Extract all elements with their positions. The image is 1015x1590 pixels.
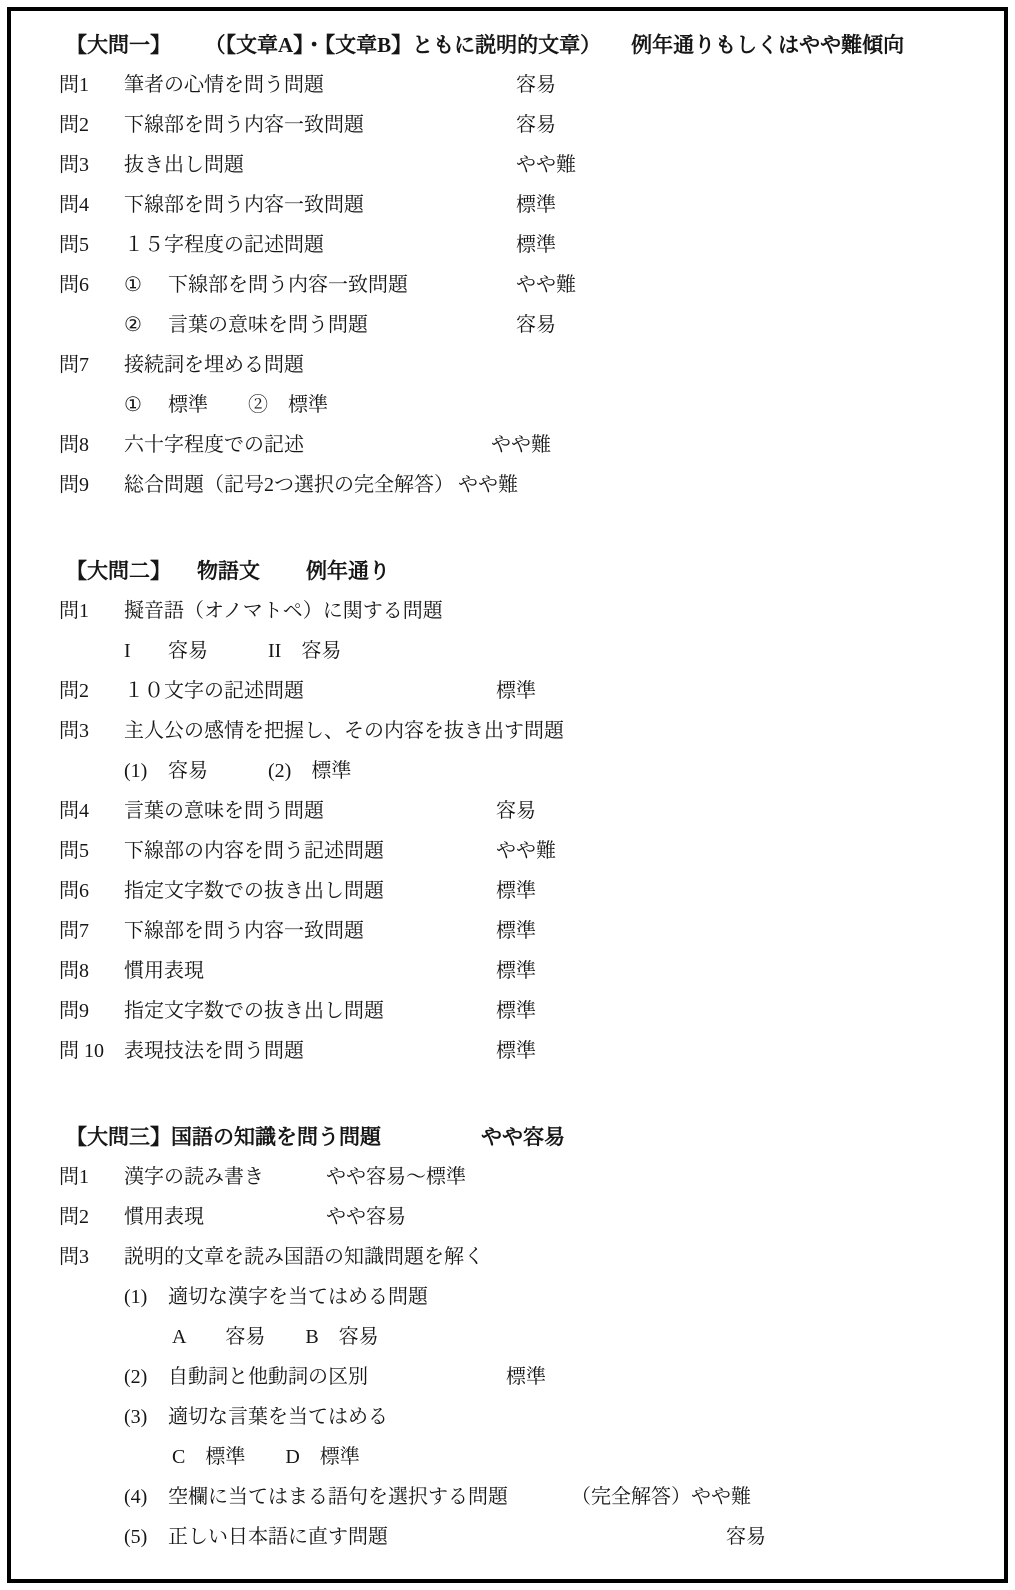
difficulty-rating: やや容易～標準: [326, 1157, 466, 1197]
question-description: 正しい日本語に直す問題: [168, 1517, 726, 1557]
question-row: (4)空欄に当てはまる語句を選択する問題（完全解答）やや難: [11, 1477, 1004, 1517]
question-description: 筆者の心情を問う問題: [124, 65, 516, 105]
question-description: 六十字程度での記述: [124, 425, 491, 465]
difficulty-rating: やや難: [516, 265, 576, 305]
question-description: 主人公の感情を把握し、その内容を抜き出す問題: [124, 711, 564, 751]
question-row: 問7下線部を問う内容一致問題標準: [11, 911, 1004, 951]
question-description: 自動詞と他動詞の区別: [168, 1357, 506, 1397]
question-subnumber: ①: [124, 265, 168, 305]
question-row: ②言葉の意味を問う問題容易: [11, 305, 1004, 345]
question-subnumber: (1): [124, 751, 168, 791]
question-description: 抜き出し問題: [124, 145, 516, 185]
question-description: 下線部を問う内容一致問題: [124, 105, 516, 145]
question-description: 標準 ② 標準: [168, 385, 328, 425]
difficulty-rating: 容易: [726, 1517, 766, 1557]
question-row: 問1漢字の読み書きやや容易～標準: [11, 1157, 1004, 1197]
question-number: 問4: [59, 791, 124, 831]
section-header: 【大問一】（【文章A】・【文章B】ともに説明的文章）例年通りもしくはやや難傾向: [11, 25, 1004, 65]
question-row: (1)適切な漢字を当てはめる問題: [11, 1277, 1004, 1317]
difficulty-rating: やや難: [516, 145, 576, 185]
question-row: 問1筆者の心情を問う問題容易: [11, 65, 1004, 105]
question-number: 問2: [59, 671, 124, 711]
question-number: 問3: [59, 1237, 124, 1277]
question-subnumber: (2): [124, 1357, 168, 1397]
question-description: 慣用表現: [124, 1197, 326, 1237]
document-page: 【大問一】（【文章A】・【文章B】ともに説明的文章）例年通りもしくはやや難傾向問…: [7, 7, 1008, 1583]
question-description: 漢字の読み書き: [124, 1157, 326, 1197]
question-row: 問5１５字程度の記述問題標準: [11, 225, 1004, 265]
section-sec3: 【大問三】国語の知識を問う問題やや容易問1漢字の読み書きやや容易～標準問2慣用表…: [11, 1117, 1004, 1557]
question-row: 問6指定文字数での抜き出し問題標準: [11, 871, 1004, 911]
question-description: 適切な言葉を当てはめる: [168, 1397, 388, 1437]
section-note: 物語文: [197, 559, 260, 583]
question-row: (3)適切な言葉を当てはめる: [11, 1397, 1004, 1437]
question-description: 下線部を問う内容一致問題: [124, 185, 516, 225]
question-subnumber: (1): [124, 1277, 168, 1317]
question-description: 慣用表現: [124, 951, 496, 991]
question-row: 問3抜き出し問題やや難: [11, 145, 1004, 185]
question-row: 問4言葉の意味を問う問題容易: [11, 791, 1004, 831]
question-number: 問6: [59, 265, 124, 305]
question-description: 言葉の意味を問う問題: [124, 791, 496, 831]
question-row: 問8慣用表現標準: [11, 951, 1004, 991]
question-description: 指定文字数での抜き出し問題: [124, 991, 496, 1031]
difficulty-rating: 標準: [496, 1031, 536, 1071]
question-number: 問4: [59, 185, 124, 225]
question-number: 問2: [59, 105, 124, 145]
difficulty-rating: 容易: [496, 791, 536, 831]
question-number: 問3: [59, 145, 124, 185]
question-row: A 容易 B 容易: [11, 1317, 1004, 1357]
question-row: 問5下線部の内容を問う記述問題やや難: [11, 831, 1004, 871]
question-row: 問8六十字程度での記述やや難: [11, 425, 1004, 465]
question-subnumber: I: [124, 631, 168, 671]
question-row: 問1擬音語（オノマトペ）に関する問題: [11, 591, 1004, 631]
difficulty-rating: 容易: [516, 305, 556, 345]
question-description: C 標準 D 標準: [172, 1437, 360, 1477]
difficulty-rating: 容易: [516, 105, 556, 145]
section-title: 【大問二】: [66, 559, 171, 583]
question-row: 問3説明的文章を読み国語の知識問題を解く: [11, 1237, 1004, 1277]
difficulty-rating: やや難: [491, 425, 551, 465]
question-number: 問5: [59, 831, 124, 871]
question-row: 問6①下線部を問う内容一致問題やや難: [11, 265, 1004, 305]
question-row: 問2下線部を問う内容一致問題容易: [11, 105, 1004, 145]
question-number: 問8: [59, 425, 124, 465]
difficulty-rating: 容易: [516, 65, 556, 105]
question-subnumber: ②: [124, 305, 168, 345]
question-description: 空欄に当てはまる語句を選択する問題: [168, 1477, 571, 1517]
question-row: 問9総合問題（記号2つ選択の完全解答）やや難: [11, 465, 1004, 505]
difficulty-rating: やや難: [496, 831, 556, 871]
question-number: 問3: [59, 711, 124, 751]
question-number: 問8: [59, 951, 124, 991]
section-header: 【大問三】国語の知識を問う問題やや容易: [11, 1117, 1004, 1157]
difficulty-rating: 標準: [506, 1357, 546, 1397]
question-description: 適切な漢字を当てはめる問題: [168, 1277, 428, 1317]
section-header: 【大問二】物語文例年通り: [11, 551, 1004, 591]
section-trend-rating: やや容易: [481, 1125, 565, 1149]
question-number: 問6: [59, 871, 124, 911]
question-number: 問7: [59, 911, 124, 951]
question-description: 下線部の内容を問う記述問題: [124, 831, 496, 871]
question-description: 総合問題（記号2つ選択の完全解答）: [124, 465, 454, 505]
question-row: 問4下線部を問う内容一致問題標準: [11, 185, 1004, 225]
question-number: 問5: [59, 225, 124, 265]
question-row: 問9指定文字数での抜き出し問題標準: [11, 991, 1004, 1031]
question-description: 言葉の意味を問う問題: [168, 305, 516, 345]
question-row: 問3主人公の感情を把握し、その内容を抜き出す問題: [11, 711, 1004, 751]
question-description: 下線部を問う内容一致問題: [168, 265, 516, 305]
question-description: 説明的文章を読み国語の知識問題を解く: [124, 1237, 484, 1277]
question-number: 問1: [59, 1157, 124, 1197]
difficulty-rating: 標準: [496, 671, 536, 711]
question-number: 問9: [59, 991, 124, 1031]
section-title: 【大問三】国語の知識を問う問題: [66, 1125, 381, 1149]
question-number: 問1: [59, 591, 124, 631]
section-trend-rating: 例年通り: [306, 559, 390, 583]
question-subnumber: ①: [124, 385, 168, 425]
question-number: 問9: [59, 465, 124, 505]
question-row: (2)自動詞と他動詞の区別標準: [11, 1357, 1004, 1397]
question-number: 問 10: [59, 1031, 124, 1071]
sections-container: 【大問一】（【文章A】・【文章B】ともに説明的文章）例年通りもしくはやや難傾向問…: [11, 25, 1004, 1557]
difficulty-rating: 標準: [516, 185, 556, 225]
question-subnumber: (5): [124, 1517, 168, 1557]
question-description: 下線部を問う内容一致問題: [124, 911, 496, 951]
section-title: 【大問一】: [66, 33, 171, 57]
question-description: 接続詞を埋める問題: [124, 345, 304, 385]
question-row: (5)正しい日本語に直す問題容易: [11, 1517, 1004, 1557]
question-description: 容易 II 容易: [168, 631, 341, 671]
question-row: 問7接続詞を埋める問題: [11, 345, 1004, 385]
difficulty-rating: 標準: [516, 225, 556, 265]
question-description: 容易 (2) 標準: [168, 751, 351, 791]
difficulty-rating: 標準: [496, 991, 536, 1031]
question-number: 問7: [59, 345, 124, 385]
section-trend-rating: 例年通りもしくはやや難傾向: [631, 33, 904, 57]
question-number: 問2: [59, 1197, 124, 1237]
difficulty-rating: （完全解答）やや難: [571, 1477, 751, 1517]
question-subnumber: (3): [124, 1397, 168, 1437]
difficulty-rating: 標準: [496, 871, 536, 911]
difficulty-rating: 標準: [496, 911, 536, 951]
question-subnumber: (4): [124, 1477, 168, 1517]
question-row: 問2慣用表現やや容易: [11, 1197, 1004, 1237]
difficulty-rating: やや容易: [326, 1197, 406, 1237]
question-description: 擬音語（オノマトペ）に関する問題: [124, 591, 443, 631]
difficulty-rating: 標準: [496, 951, 536, 991]
question-row: 問2１０文字の記述問題標準: [11, 671, 1004, 711]
section-sec1: 【大問一】（【文章A】・【文章B】ともに説明的文章）例年通りもしくはやや難傾向問…: [11, 25, 1004, 505]
question-row: (1)容易 (2) 標準: [11, 751, 1004, 791]
question-description: 表現技法を問う問題: [124, 1031, 496, 1071]
question-description: １０文字の記述問題: [124, 671, 496, 711]
question-row: C 標準 D 標準: [11, 1437, 1004, 1477]
difficulty-rating: やや難: [458, 465, 518, 505]
section-note: （【文章A】・【文章B】ともに説明的文章）: [215, 33, 601, 57]
question-description: 指定文字数での抜き出し問題: [124, 871, 496, 911]
question-row: ①標準 ② 標準: [11, 385, 1004, 425]
question-row: 問 10表現技法を問う問題標準: [11, 1031, 1004, 1071]
question-description: A 容易 B 容易: [172, 1317, 379, 1357]
section-sec2: 【大問二】物語文例年通り問1擬音語（オノマトペ）に関する問題I容易 II 容易問…: [11, 551, 1004, 1071]
question-row: I容易 II 容易: [11, 631, 1004, 671]
question-description: １５字程度の記述問題: [124, 225, 516, 265]
question-number: 問1: [59, 65, 124, 105]
